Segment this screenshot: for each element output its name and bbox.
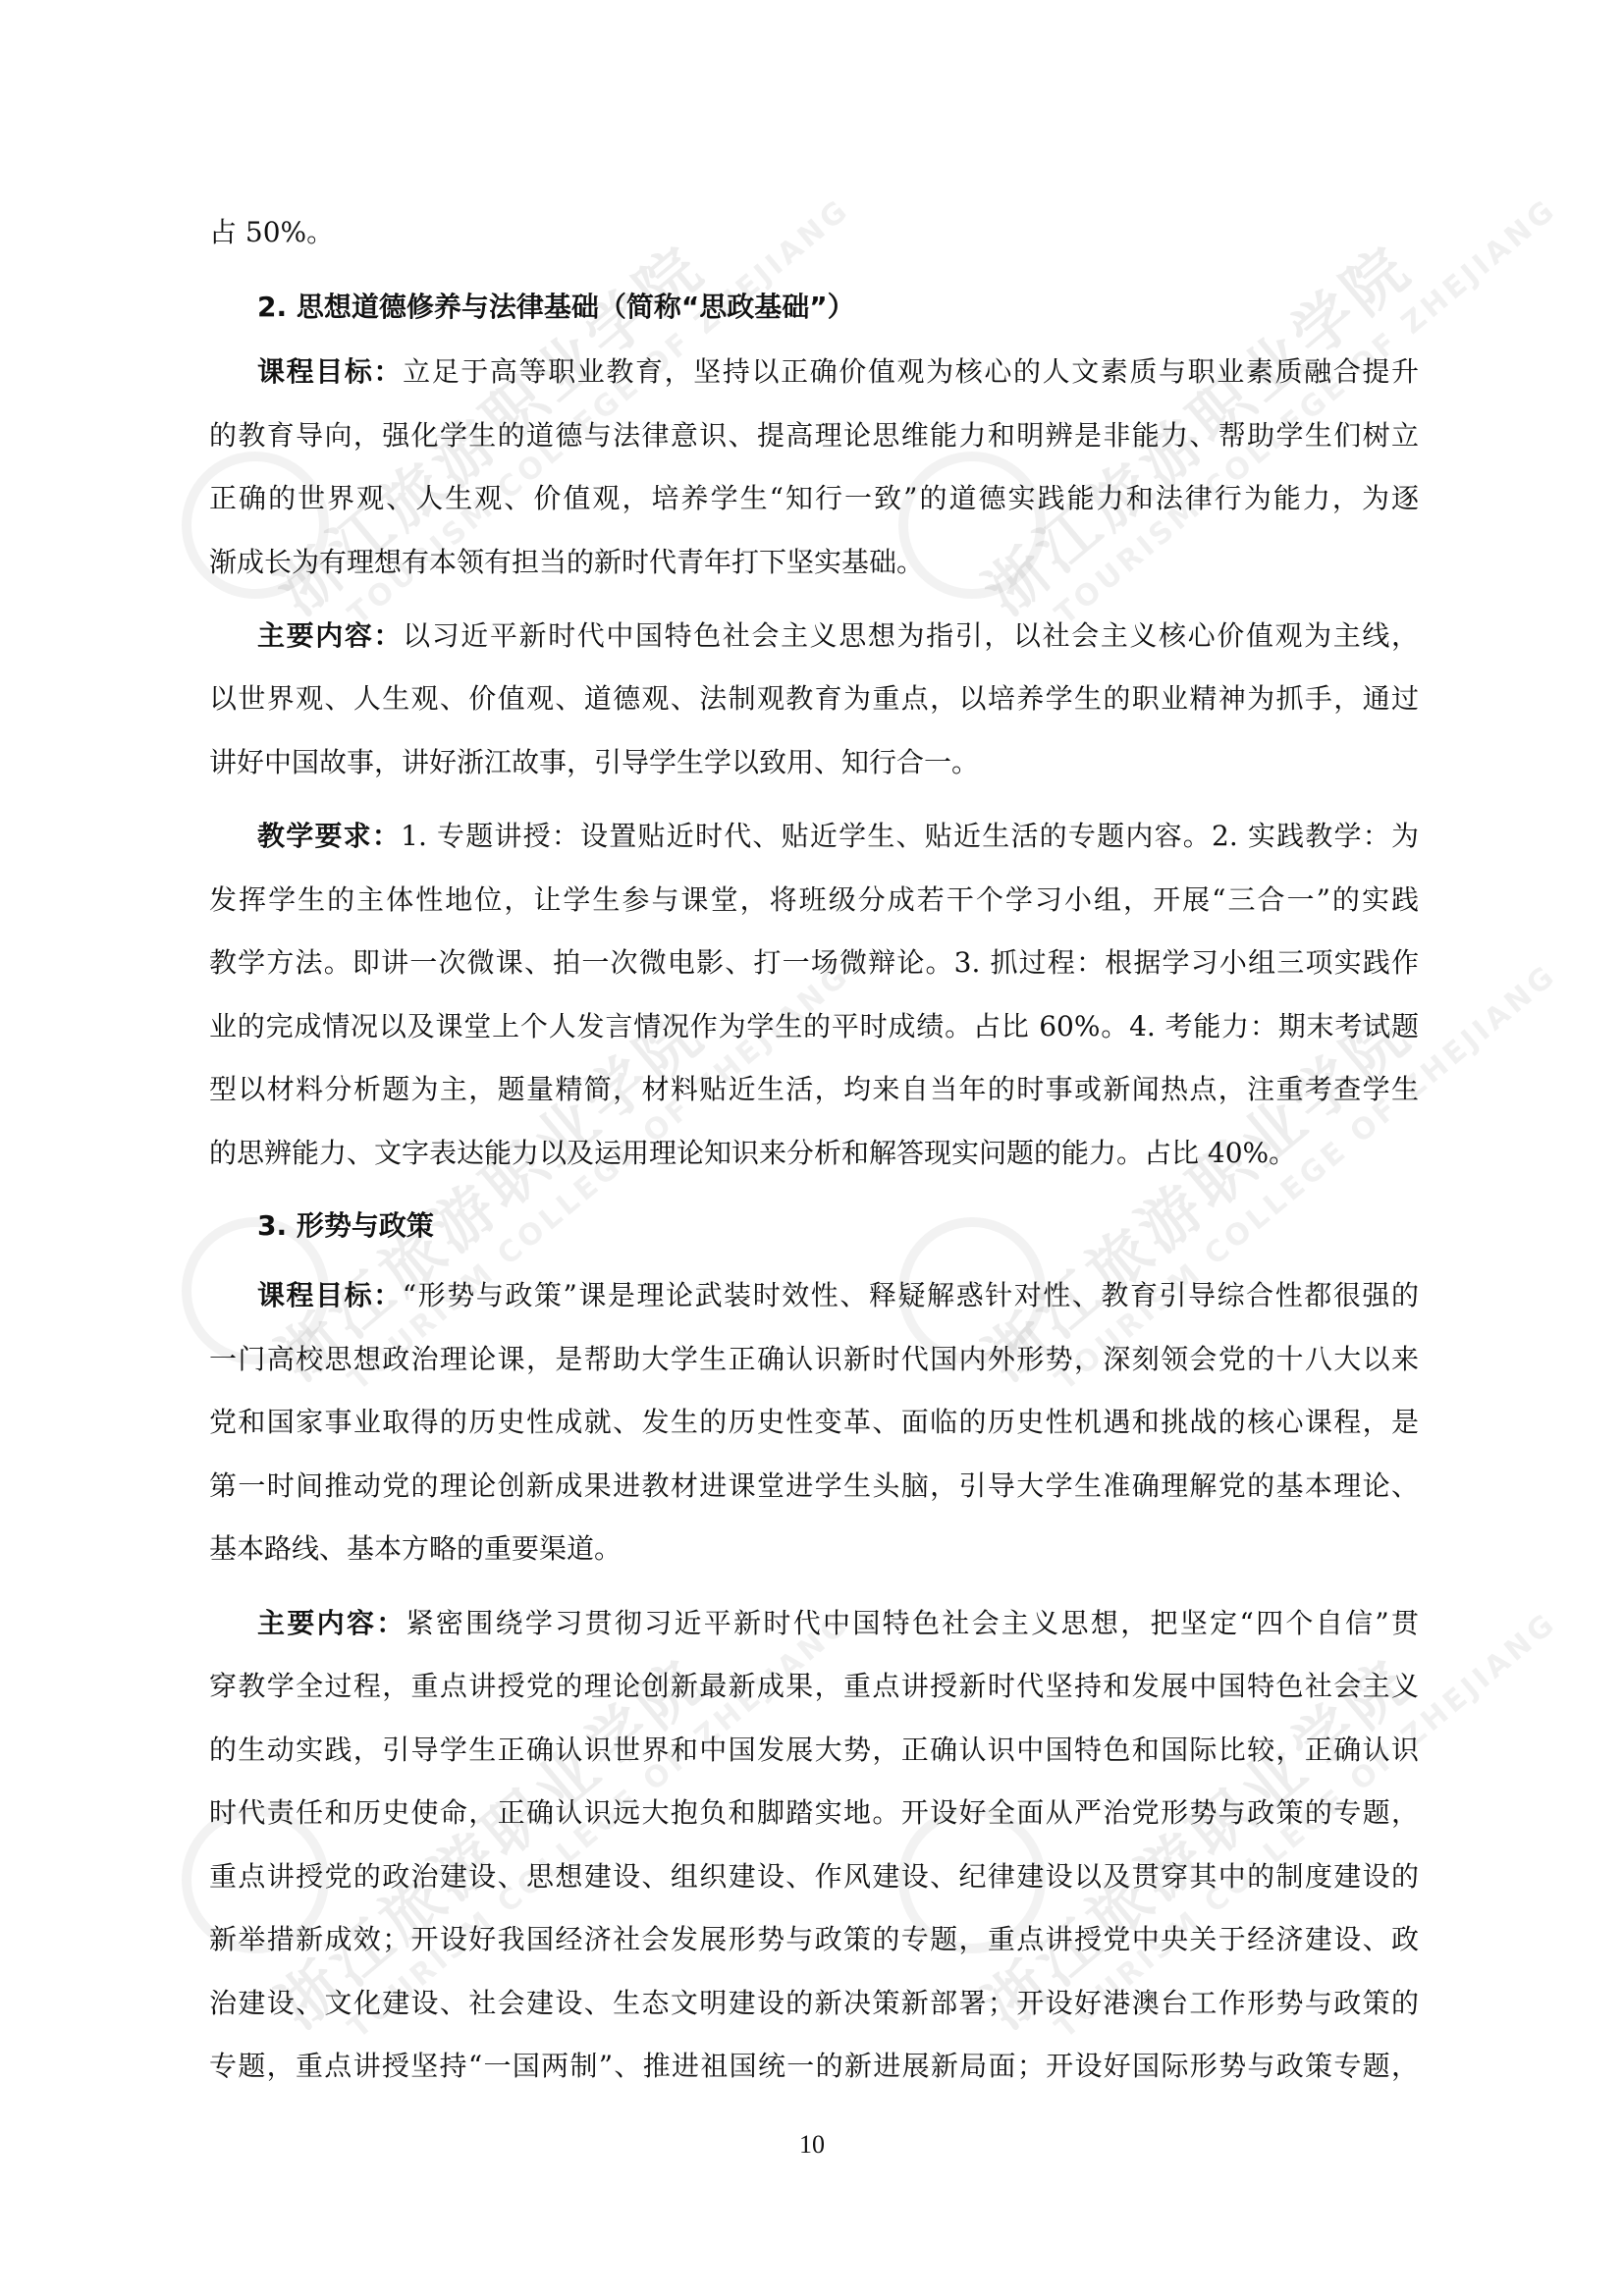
document-page: 浙江旅游职业学院 TOURISM COLLEGE OF ZHEJIANG 浙江旅… (0, 0, 1624, 2296)
paragraph-line: 型以材料分析题为主，题量精简，材料贴近生活，均来自当年的时事或新闻热点，注重考查… (209, 1073, 1419, 1106)
paragraph-label: 教学要求： (257, 820, 401, 852)
paragraph-label: 课程目标： (257, 1279, 403, 1311)
paragraph-line: 专题，重点讲授坚持“一国两制”、推进祖国统一的新进展新局面；开设好国际形势与政策… (209, 2050, 1419, 2083)
paragraph-line: 第一时间推动党的理论创新成果进教材进课堂进学生头脑，引导大学生准确理解党的基本理… (209, 1469, 1419, 1503)
paragraph-line: 时代责任和历史使命，正确认识远大抱负和脚踏实地。开设好全面从严治党形势与政策的专… (209, 1796, 1419, 1830)
paragraph-label: 课程目标： (257, 355, 403, 388)
paragraph-line: 穿教学全过程，重点讲授党的理论创新最新成果，重点讲授新时代坚持和发展中国特色社会… (209, 1670, 1419, 1703)
paragraph-line: 讲好中国故事，讲好浙江故事，引导学生学以致用、知行合一。 (209, 746, 1419, 779)
paragraph-line: 党和国家事业取得的历史性成就、发生的历史性变革、面临的历史性机遇和挑战的核心课程… (209, 1406, 1419, 1439)
paragraph-line: 渐成长为有理想有本领有担当的新时代青年打下坚实基础。 (209, 546, 1419, 579)
paragraph-line: 重点讲授党的政治建设、思想建设、组织建设、作风建设、纪律建设以及贯穿其中的制度建… (209, 1860, 1419, 1894)
paragraph-line: 主要内容：紧密围绕学习贯彻习近平新时代中国特色社会主义思想，把坚定“四个自信”贯 (257, 1607, 1419, 1640)
section-heading: 3. 形势与政策 (257, 1209, 1419, 1243)
paragraph-line: 正确的世界观、人生观、价值观，培养学生“知行一致”的道德实践能力和法律行为能力，… (209, 482, 1419, 515)
paragraph-line: 课程目标：“形势与政策”课是理论武装时效性、释疑解惑针对性、教育引导综合性都很强… (257, 1279, 1419, 1312)
paragraph-line: 新举措新成效；开设好我国经济社会发展形势与政策的专题，重点讲授党中央关于经济建设… (209, 1923, 1419, 1956)
paragraph-line: 的生动实践，引导学生正确认识世界和中国发展大势，正确认识中国特色和国际比较，正确… (209, 1734, 1419, 1767)
section-heading: 2. 思想道德修养与法律基础（简称“思政基础”） (257, 291, 1419, 324)
paragraph-line: 教学要求：1. 专题讲授：设置贴近时代、贴近学生、贴近生活的专题内容。2. 实践… (257, 820, 1419, 853)
paragraph-line: 课程目标：立足于高等职业教育，坚持以正确价值观为核心的人文素质与职业素质融合提升 (257, 355, 1419, 389)
paragraph-line: 以世界观、人生观、价值观、道德观、法制观教育为重点，以培养学生的职业精神为抓手，… (209, 682, 1419, 716)
paragraph-label: 主要内容： (257, 619, 403, 652)
paragraph-line: 占 50%。 (209, 216, 1419, 249)
paragraph-label: 主要内容： (257, 1607, 406, 1639)
paragraph-line: 的思辨能力、文字表达能力以及运用理论知识来分析和解答现实问题的能力。占比 40%… (209, 1137, 1419, 1170)
paragraph-line: 治建设、文化建设、社会建设、生态文明建设的新决策新部署；开设好港澳台工作形势与政… (209, 1987, 1419, 2020)
paragraph-line: 发挥学生的主体性地位，让学生参与课堂，将班级分成若干个学习小组，开展“三合一”的… (209, 883, 1419, 917)
paragraph-line: 教学方法。即讲一次微课、拍一次微电影、打一场微辩论。3. 抓过程：根据学习小组三… (209, 946, 1419, 980)
paragraph-line: 基本路线、基本方略的重要渠道。 (209, 1532, 1419, 1566)
paragraph-line: 一门高校思想政治理论课，是帮助大学生正确认识新时代国内外形势，深刻领会党的十八大… (209, 1343, 1419, 1376)
paragraph-line: 主要内容：以习近平新时代中国特色社会主义思想为指引，以社会主义核心价值观为主线， (257, 619, 1419, 653)
page-number: 10 (0, 2130, 1624, 2160)
paragraph-line: 业的完成情况以及课堂上个人发言情况作为学生的平时成绩。占比 60%。4. 考能力… (209, 1010, 1419, 1043)
paragraph-line: 的教育导向，强化学生的道德与法律意识、提高理论思维能力和明辨是非能力、帮助学生们… (209, 419, 1419, 453)
